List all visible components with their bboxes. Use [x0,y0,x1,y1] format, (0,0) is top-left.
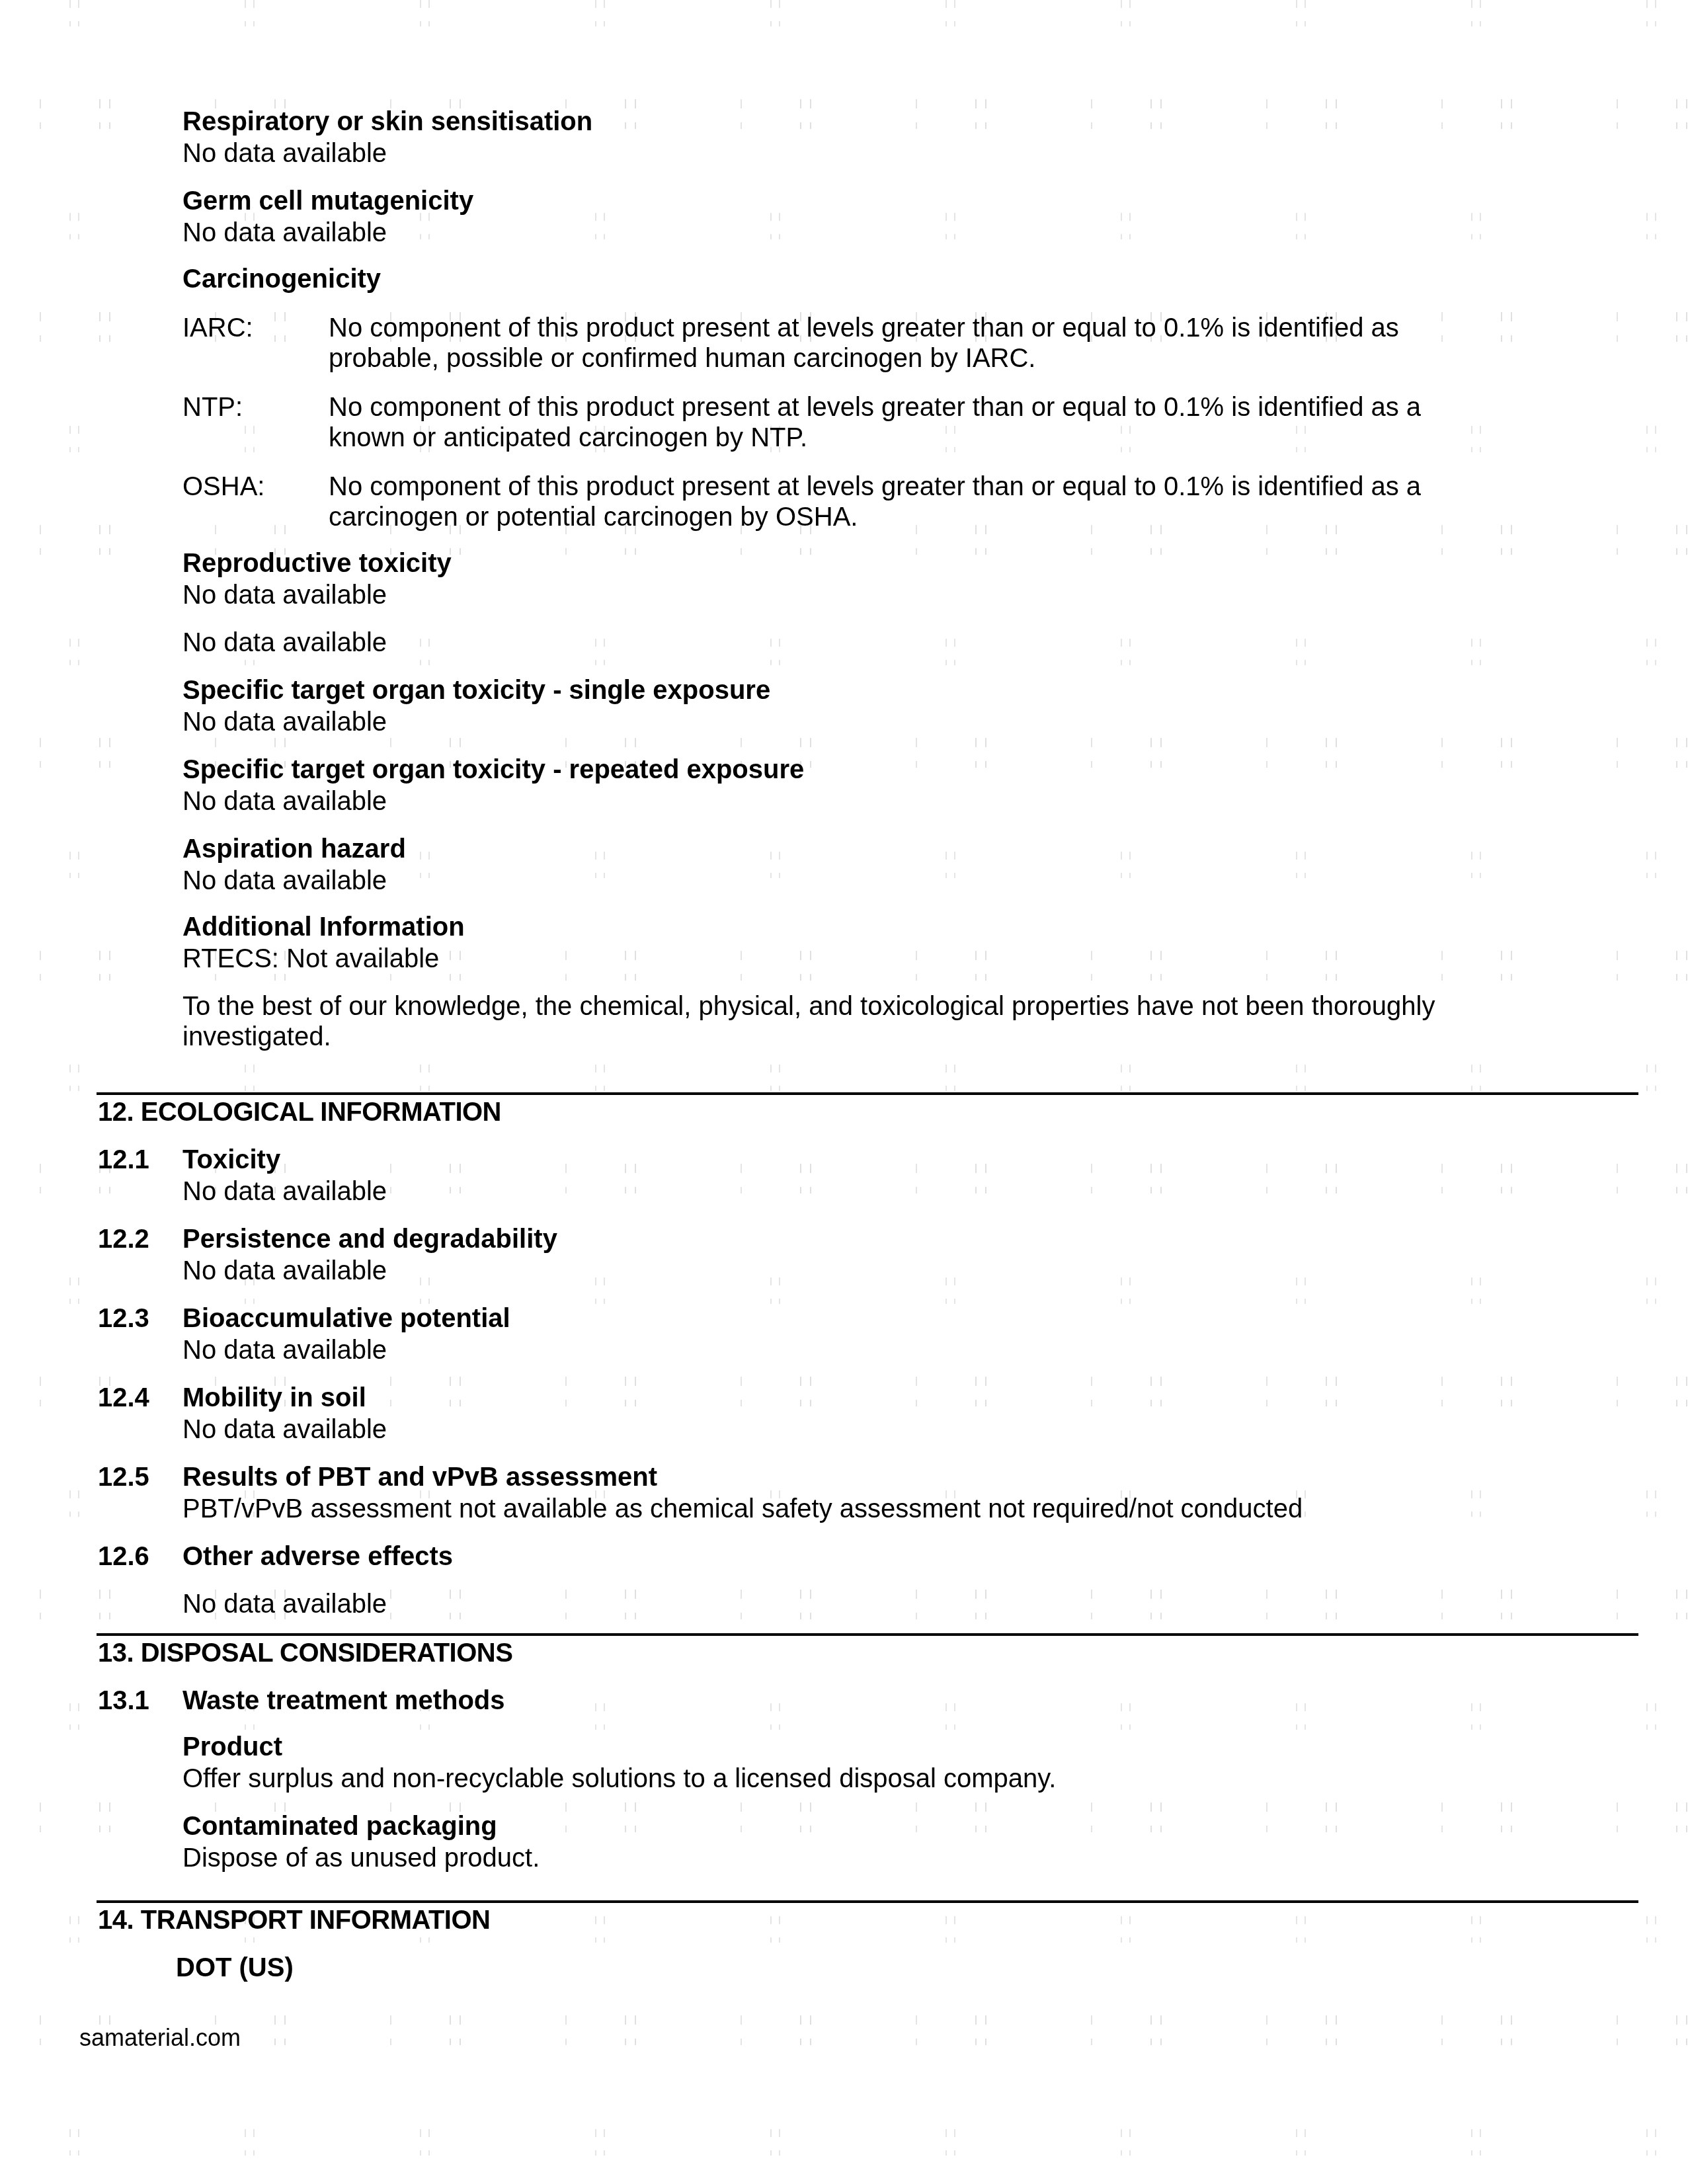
section-divider [97,1633,1638,1636]
eco-item-text: No data available [182,1176,387,1207]
eco-item-number: 12.4 [98,1382,149,1414]
eco-item-text: PBT/vPvB assessment not available as che… [182,1493,1303,1525]
eco-item-text: No data available [182,1334,387,1366]
aspiration-heading: Aspiration hazard [182,833,406,865]
rtecs-text: RTECS: Not available [182,943,439,975]
section-divider [97,1900,1638,1903]
eco-item-heading: Results of PBT and vPvB assessment [182,1461,657,1493]
eco-item-heading: Toxicity [182,1144,280,1176]
agency-statement-cont: probable, possible or confirmed human ca… [329,343,1035,374]
eco-item-number: 12.2 [98,1223,149,1255]
eco-item-text: No data available [182,1255,387,1287]
disclaimer-text-cont: investigated. [182,1021,331,1053]
agency-statement-cont: known or anticipated carcinogen by NTP. [329,422,807,454]
eco-item-heading: Persistence and degradability [182,1223,557,1255]
reproductive-heading: Reproductive toxicity [182,547,452,579]
eco-item-number: 12.6 [98,1541,149,1572]
agency-label: NTP: [182,391,243,423]
section-divider [97,1092,1638,1095]
eco-item-heading: Bioaccumulative potential [182,1303,510,1334]
agency-label: OSHA: [182,471,264,503]
reproductive-text: No data available [182,579,387,611]
germ-cell-heading: Germ cell mutagenicity [182,185,473,217]
footer-site: samaterial.com [79,2023,241,2052]
agency-statement: No component of this product present at … [329,312,1399,344]
product-heading: Product [182,1731,282,1763]
eco-item-number: 12.3 [98,1303,149,1334]
disclaimer-text: To the best of our knowledge, the chemic… [182,991,1435,1022]
sub-number: 13.1 [98,1685,149,1717]
eco-item-heading: Mobility in soil [182,1382,366,1414]
germ-cell-text: No data available [182,217,387,249]
agency-statement: No component of this product present at … [329,471,1421,503]
packaging-heading: Contaminated packaging [182,1810,497,1842]
eco-item-heading: Other adverse effects [182,1541,453,1572]
carcinogenicity-heading: Carcinogenicity [182,263,381,295]
reproductive-text-2: No data available [182,627,387,659]
packaging-text: Dispose of as unused product. [182,1842,540,1874]
section-12-title: 12. ECOLOGICAL INFORMATION [98,1096,501,1128]
sds-page: Respiratory or skin sensitisation No dat… [0,0,1688,2184]
eco-item-text: No data available [182,1414,387,1445]
stot-single-text: No data available [182,706,387,738]
agency-label: IARC: [182,312,253,344]
stot-repeated-text: No data available [182,786,387,817]
eco-item-text: No data available [182,1588,387,1620]
stot-single-heading: Specific target organ toxicity - single … [182,674,770,706]
agency-statement-cont: carcinogen or potential carcinogen by OS… [329,501,858,533]
eco-item-number: 12.5 [98,1461,149,1493]
aspiration-text: No data available [182,865,387,897]
product-text: Offer surplus and non-recyclable solutio… [182,1763,1056,1795]
agency-statement: No component of this product present at … [329,391,1421,423]
section-14-title: 14. TRANSPORT INFORMATION [98,1904,490,1936]
additional-info-heading: Additional Information [182,911,465,943]
stot-repeated-heading: Specific target organ toxicity - repeate… [182,754,804,786]
waste-treatment-heading: Waste treatment methods [182,1685,505,1717]
respiratory-heading: Respiratory or skin sensitisation [182,106,592,138]
respiratory-text: No data available [182,138,387,169]
dot-us-heading: DOT (US) [176,1952,294,1984]
section-13-title: 13. DISPOSAL CONSIDERATIONS [98,1637,512,1669]
eco-item-number: 12.1 [98,1144,149,1176]
